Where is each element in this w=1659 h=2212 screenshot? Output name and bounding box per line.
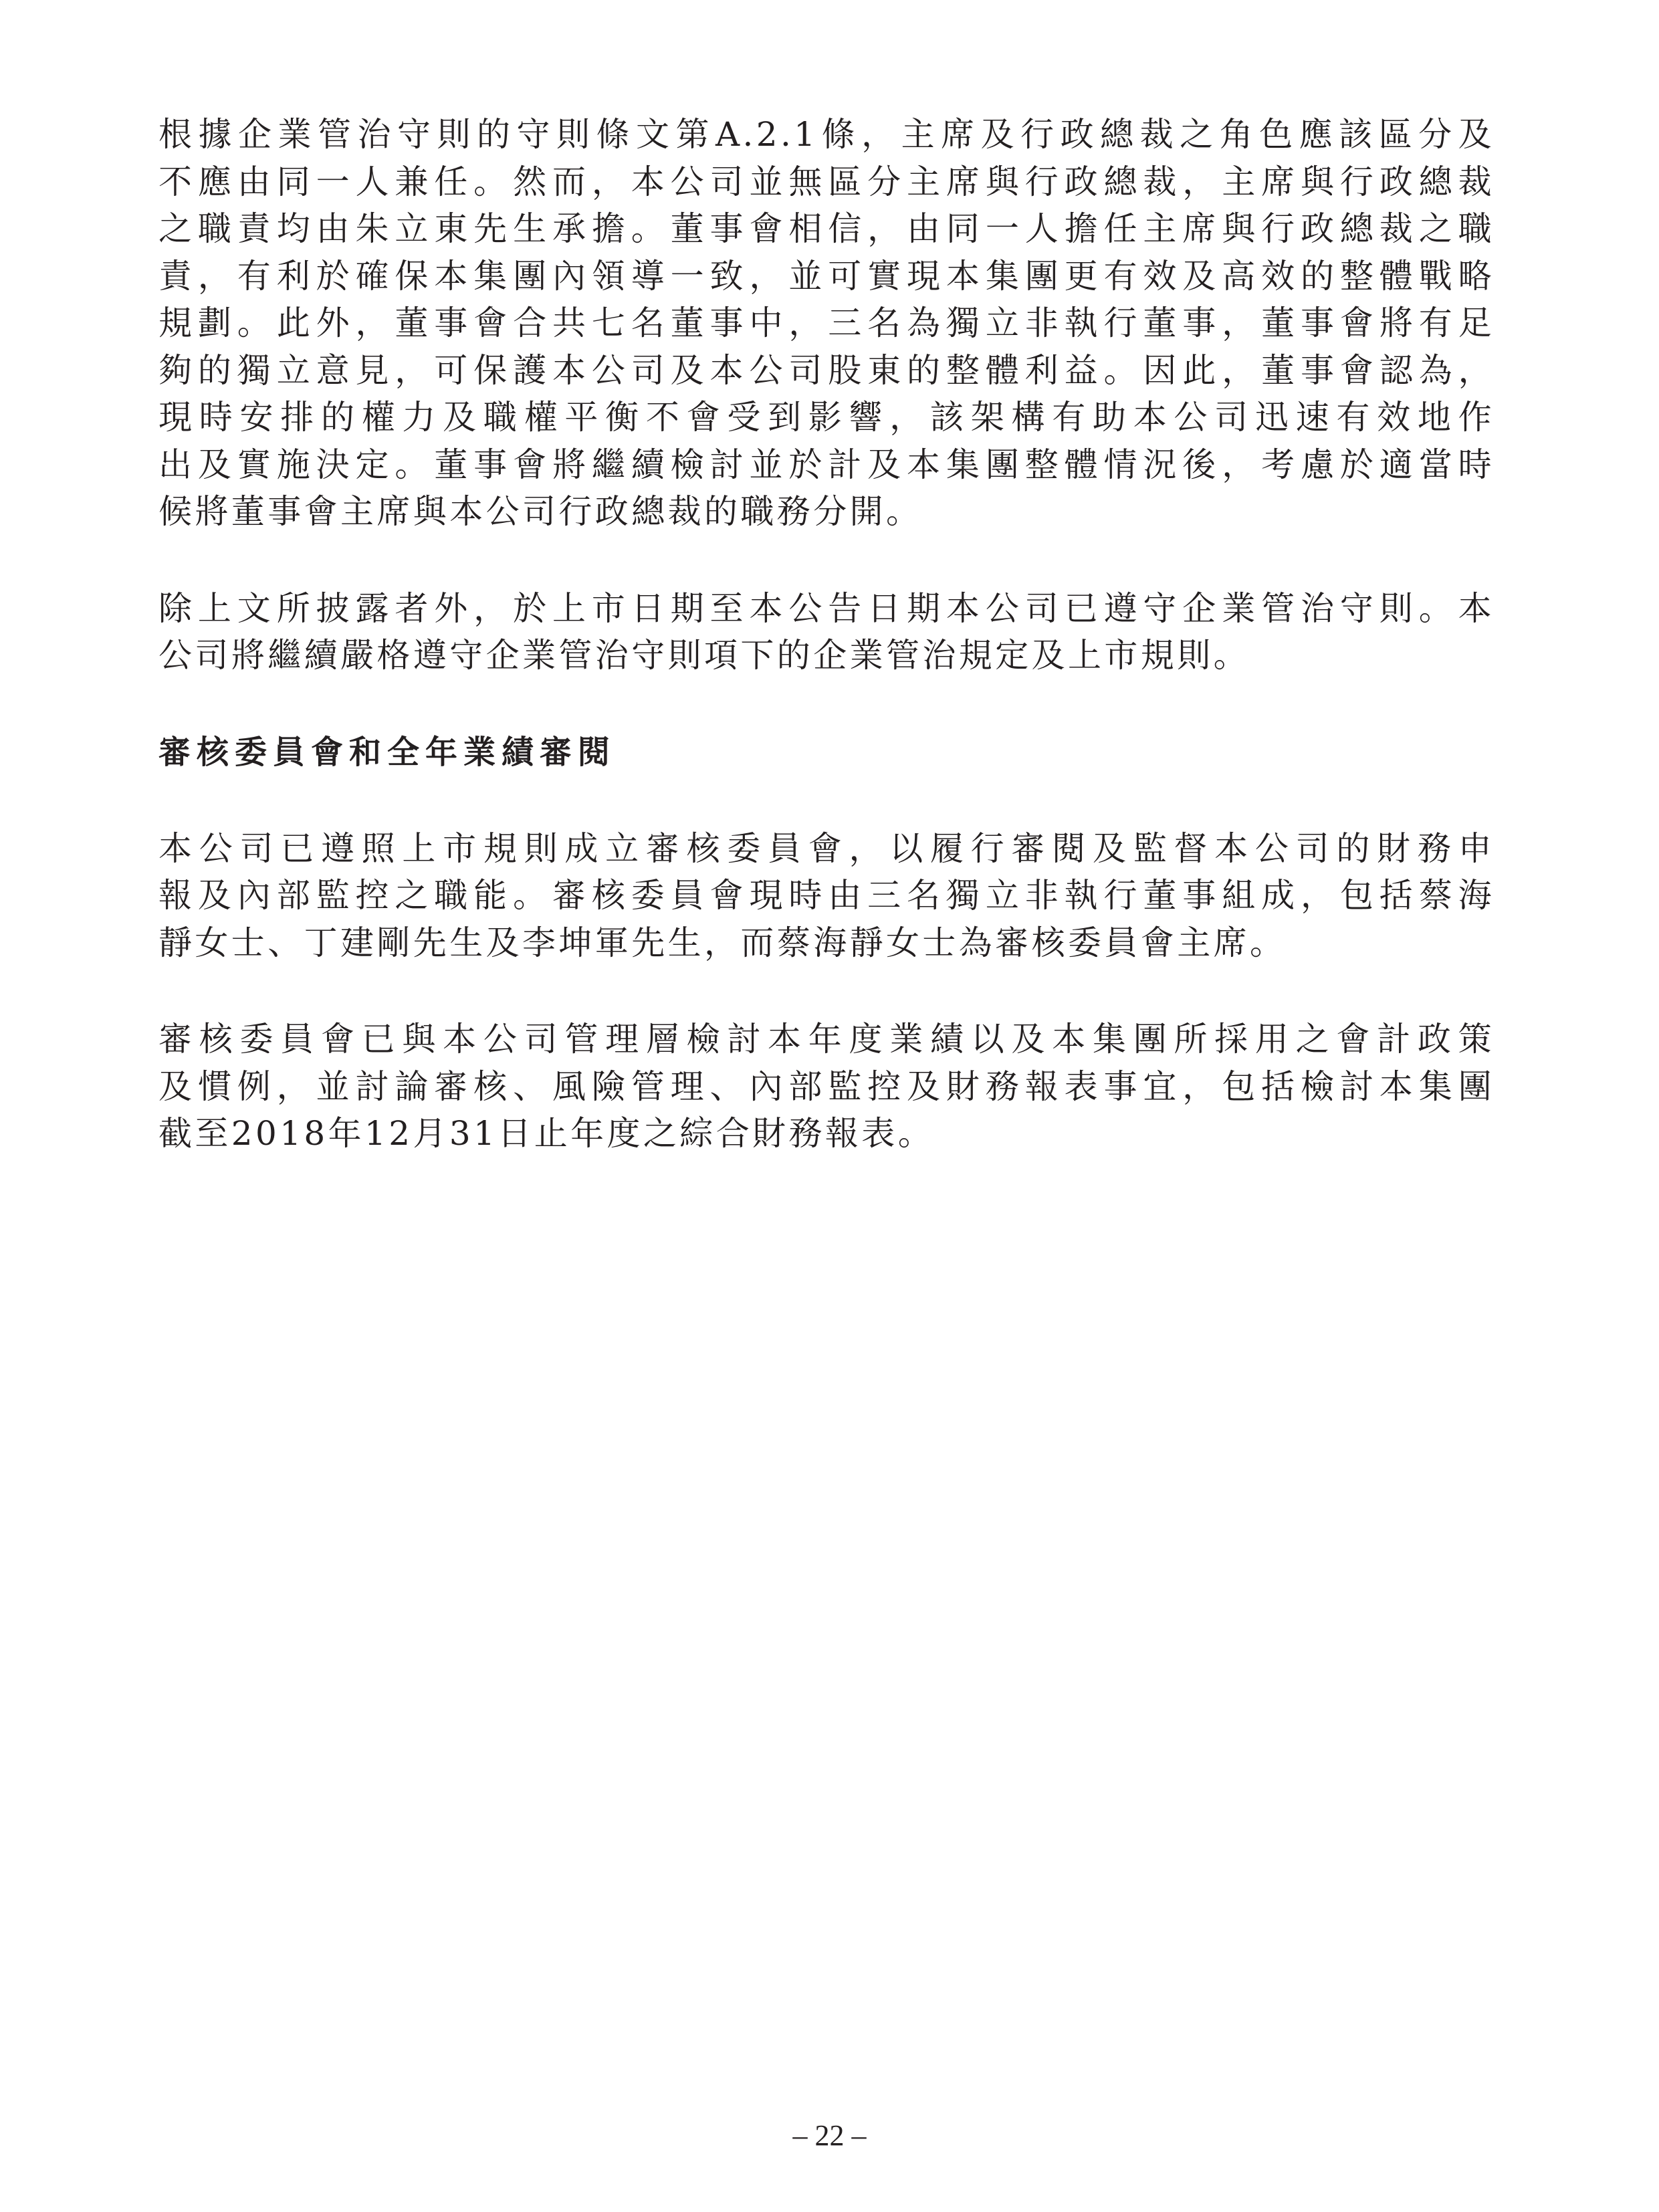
document-page: 根據企業管治守則的守則條文第A.2.1條，主席及行政總裁之角色應該區分及 不應由… xyxy=(158,111,1496,1157)
paragraph-spacer xyxy=(158,776,1496,825)
text-line: 公司將繼續嚴格遵守企業管治守則項下的企業管治規定及上市規則。 xyxy=(158,632,1495,679)
text-line: 現時安排的權力及職權平衡不會受到影響，該架構有助本公司迅速有效地作 xyxy=(158,394,1495,441)
text-line: 出及實施決定。董事會將繼續檢討並於計及本集團整體情況後，考慮於適當時 xyxy=(158,441,1495,489)
paragraph-annual-results-review: 審核委員會已與本公司管理層檢討本年度業績以及本集團所採用之會計政策 及慣例，並討… xyxy=(158,1016,1496,1157)
paragraph-spacer xyxy=(158,536,1496,585)
text-line: 除上文所披露者外，於上市日期至本公告日期本公司已遵守企業管治守則。本 xyxy=(158,585,1495,633)
paragraph-chairman-ceo-roles: 根據企業管治守則的守則條文第A.2.1條，主席及行政總裁之角色應該區分及 不應由… xyxy=(158,111,1496,536)
paragraph-spacer xyxy=(158,966,1496,1016)
text-line: 靜女士、丁建剛先生及李坤軍先生，而蔡海靜女士為審核委員會主席。 xyxy=(158,919,1495,967)
text-line: 報及內部監控之職能。審核委員會現時由三名獨立非執行董事組成，包括蔡海 xyxy=(158,872,1495,919)
page-number: – 22 – xyxy=(0,2117,1659,2154)
text-line: 候將董事會主席與本公司行政總裁的職務分開。 xyxy=(158,488,1495,536)
paragraph-audit-committee-composition: 本公司已遵照上市規則成立審核委員會，以履行審閱及監督本公司的財務申 報及內部監控… xyxy=(158,825,1496,967)
text-line: 責，有利於確保本集團內領導一致，並可實現本集團更有效及高效的整體戰略 xyxy=(158,253,1495,300)
text-line: 及慣例，並討論審核、風險管理、內部監控及財務報表事宜，包括檢討本集團 xyxy=(158,1063,1495,1111)
paragraph-spacer xyxy=(158,679,1496,729)
text-line: 本公司已遵照上市規則成立審核委員會，以履行審閱及監督本公司的財務申 xyxy=(158,825,1495,873)
text-line: 夠的獨立意見，可保護本公司及本公司股東的整體利益。因此，董事會認為， xyxy=(158,347,1495,395)
text-line: 不應由同一人兼任。然而，本公司並無區分主席與行政總裁，主席與行政總裁 xyxy=(158,158,1495,206)
section-heading-audit-committee: 審核委員會和全年業績審閱 xyxy=(158,729,1496,776)
text-line: 審核委員會已與本公司管理層檢討本年度業績以及本集團所採用之會計政策 xyxy=(158,1016,1495,1063)
text-line: 截至2018年12月31日止年度之綜合財務報表。 xyxy=(158,1110,1495,1157)
text-line: 規劃。此外，董事會合共七名董事中，三名為獨立非執行董事，董事會將有足 xyxy=(158,300,1495,347)
paragraph-compliance-statement: 除上文所披露者外，於上市日期至本公告日期本公司已遵守企業管治守則。本 公司將繼續… xyxy=(158,585,1496,679)
text-line: 根據企業管治守則的守則條文第A.2.1條，主席及行政總裁之角色應該區分及 xyxy=(158,111,1495,158)
text-line: 之職責均由朱立東先生承擔。董事會相信，由同一人擔任主席與行政總裁之職 xyxy=(158,205,1495,253)
